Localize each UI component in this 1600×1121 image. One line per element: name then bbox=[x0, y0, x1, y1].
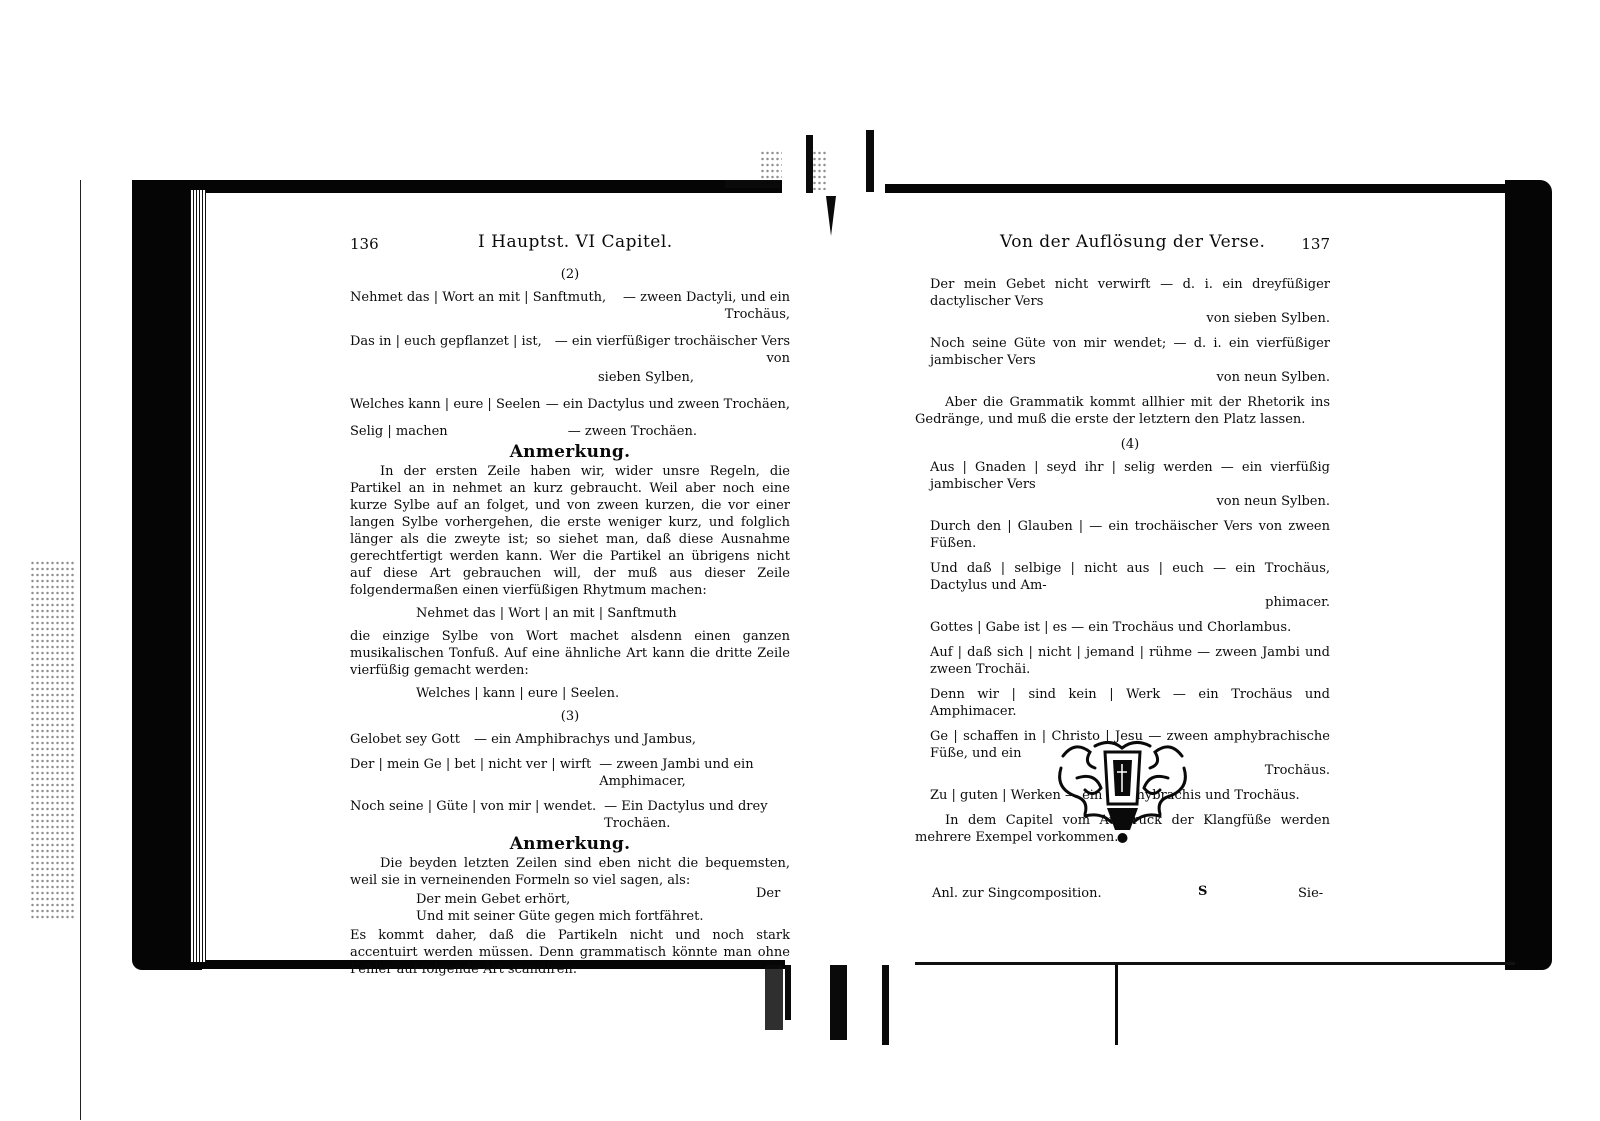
gutter-bar-2 bbox=[866, 130, 874, 192]
verse-entry: Aus | Gnaden | seyd ihr | selig werden —… bbox=[930, 459, 1330, 510]
gutter-noise-2 bbox=[812, 150, 826, 190]
verse-text: Aus | Gnaden | seyd ihr | selig werden bbox=[930, 460, 1213, 475]
verse-entry: Gottes | Gabe ist | es — ein Trochäus un… bbox=[930, 619, 1330, 636]
page-number: 136 bbox=[350, 236, 379, 253]
note-paragraph: die einzige Sylbe von Wort machet alsden… bbox=[350, 628, 790, 679]
gutter-noise bbox=[760, 150, 782, 190]
left-cover-top bbox=[132, 180, 782, 193]
verse-entry: Noch seine Güte von mir wendet; — d. i. … bbox=[930, 335, 1330, 386]
verse-description: — ein vierfüßiger trochäischer Vers von bbox=[542, 333, 790, 367]
scan-edge-line bbox=[80, 180, 81, 1120]
verse-line: Der | mein Ge | bet | nicht ver | wirft … bbox=[350, 756, 790, 790]
verse-entry: Denn wir | sind kein | Werk — ein Trochä… bbox=[930, 686, 1330, 720]
verse-entry: Auf | daß sich | nicht | jemand | rühme … bbox=[930, 644, 1330, 678]
verse-description-cont: von neun Sylben. bbox=[930, 493, 1330, 510]
verse-description: — zween Jambi und ein Amphimacer, bbox=[591, 756, 790, 790]
signature-title: Anl. zur Singcomposition. bbox=[932, 886, 1102, 901]
verse-text: Der | mein Ge | bet | nicht ver | wirft bbox=[350, 756, 591, 790]
verse-description: — Ein Dactylus und drey Trochäen. bbox=[596, 798, 790, 832]
ornament-vignette-icon bbox=[1055, 738, 1190, 848]
verse-text: Gottes | Gabe ist | es bbox=[930, 620, 1067, 635]
verse-entry: Und daß | selbige | nicht aus | euch — e… bbox=[930, 560, 1330, 611]
verse-text: Auf | daß sich | nicht | jemand | rühme bbox=[930, 645, 1192, 660]
verse-text: Welches kann | eure | Seelen bbox=[350, 396, 540, 413]
right-cover-edge bbox=[1505, 180, 1552, 970]
verse-text: Noch seine Güte von mir wendet; bbox=[930, 336, 1166, 351]
verse-line: Das in | euch gepflanzet | ist, — ein vi… bbox=[350, 333, 790, 367]
quote-line: Der mein Gebet erhört, bbox=[350, 891, 790, 908]
catchword: Sie- bbox=[1298, 886, 1323, 901]
right-page-header: Von der Auflösung der Verse. 137 bbox=[930, 232, 1330, 262]
verse-text: Selig | machen bbox=[350, 423, 448, 440]
verse-text: Der mein Gebet nicht verwirft bbox=[930, 277, 1151, 292]
verse-description: — zween Dactyli, und ein Trochäus, bbox=[606, 289, 790, 323]
note-paragraph: Es kommt daher, daß die Partikeln nicht … bbox=[350, 927, 790, 978]
gutter-bar-bottom-4 bbox=[882, 965, 889, 1045]
verse-line: Noch seine | Güte | von mir | wendet. — … bbox=[350, 798, 790, 832]
verse-text: Gelobet sey Gott bbox=[350, 731, 460, 748]
note-paragraph: In der ersten Zeile haben wir, wider uns… bbox=[350, 463, 790, 599]
right-cover-bottom bbox=[915, 962, 1515, 965]
verse-entry: Durch den | Glauben | — ein trochäischer… bbox=[930, 518, 1330, 552]
verse-description-cont: phimacer. bbox=[930, 594, 1330, 611]
running-head: Von der Auflösung der Verse. bbox=[1000, 234, 1265, 251]
verse-line: Nehmet das | Wort an mit | Sanftmuth, — … bbox=[350, 289, 790, 323]
verse-text: Und daß | selbige | nicht aus | euch bbox=[930, 561, 1204, 576]
page-block-edges bbox=[190, 190, 206, 962]
verse-text: Nehmet das | Wort an mit | Sanftmuth, bbox=[350, 289, 606, 323]
signature-mark: S bbox=[1198, 884, 1207, 899]
note-paragraph: Die beyden letzten Zeilen sind eben nich… bbox=[350, 855, 790, 889]
paragraph: Aber die Grammatik kommt allhier mit der… bbox=[915, 394, 1330, 428]
verse-description-cont: von sieben Sylben. bbox=[930, 310, 1330, 327]
verse-text: Das in | euch gepflanzet | ist, bbox=[350, 333, 542, 367]
verse-line: Selig | machen — zween Trochäen. bbox=[350, 423, 790, 440]
page-number: 137 bbox=[1301, 236, 1330, 253]
verse-description: — zween Trochäen. bbox=[448, 423, 790, 440]
verse-text: Noch seine | Güte | von mir | wendet. bbox=[350, 798, 596, 832]
left-page-header: 136 I Hauptst. VI Capitel. bbox=[350, 232, 790, 262]
gutter-spike bbox=[826, 196, 836, 236]
scan-noise bbox=[30, 560, 75, 920]
verse-line: Welches kann | eure | Seelen — ein Dacty… bbox=[350, 396, 790, 413]
verse-text: Zu | guten | Werken bbox=[930, 788, 1061, 803]
gutter-bar-bottom-5 bbox=[1115, 965, 1118, 1045]
right-cover-top bbox=[885, 184, 1515, 193]
gutter-bar-bottom-3 bbox=[830, 965, 847, 1040]
catchword: Der bbox=[756, 886, 780, 901]
verse-description: — ein Amphibrachys und Jambus, bbox=[460, 731, 790, 748]
verse-description: — ein Dactylus und zween Trochäen, bbox=[540, 396, 790, 413]
running-head: I Hauptst. VI Capitel. bbox=[478, 234, 673, 251]
example-verse: Welches | kann | eure | Seelen. bbox=[350, 685, 790, 702]
verse-line: Gelobet sey Gott — ein Amphibrachys und … bbox=[350, 731, 790, 748]
section-number: (3) bbox=[350, 708, 790, 725]
example-verse: Nehmet das | Wort | an mit | Sanftmuth bbox=[350, 605, 790, 622]
verse-description-cont: sieben Sylben, bbox=[350, 369, 790, 386]
verse-description: — ein Trochäus und Chorlambus. bbox=[1071, 620, 1291, 635]
note-heading: Anmerkung. bbox=[350, 836, 790, 853]
verse-description-cont: von neun Sylben. bbox=[930, 369, 1330, 386]
section-number: (2) bbox=[350, 266, 790, 283]
left-page: 136 I Hauptst. VI Capitel. (2) Nehmet da… bbox=[350, 232, 790, 978]
note-heading: Anmerkung. bbox=[350, 444, 790, 461]
verse-entry: Der mein Gebet nicht verwirft — d. i. ei… bbox=[930, 276, 1330, 327]
quote-line: Und mit seiner Güte gegen mich fortfähre… bbox=[350, 908, 790, 925]
verse-text: Denn wir | sind kein | Werk bbox=[930, 687, 1160, 702]
section-number: (4) bbox=[930, 436, 1330, 453]
verse-text: Durch den | Glauben | bbox=[930, 519, 1083, 534]
